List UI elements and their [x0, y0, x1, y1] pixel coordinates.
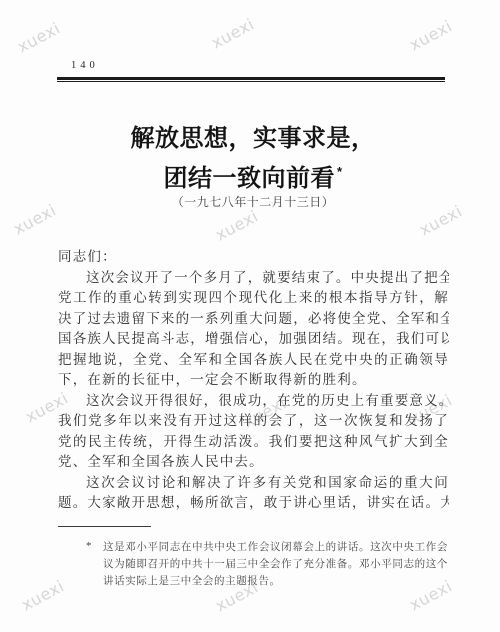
footnote-separator	[58, 526, 151, 527]
body-line: 党的民主传统，开得生动活泼。我们要把这种风气扩大到全	[58, 432, 449, 453]
book-page: xuexixuexixuexixuexixuexixuexixuexixuexi…	[0, 0, 500, 632]
watermark-text: xuexi	[212, 206, 261, 244]
body-line: 我们党多年以来没有开过这样的会了，这一次恢复和发扬了	[58, 411, 449, 432]
watermark-text: xuexi	[406, 16, 455, 54]
article-title: 解放思想，实事求是， 团结一致向前看*	[55, 122, 451, 195]
footnote-line: 议为随即召开的中共十一届三中全会作了充分准备。邓小平同志的这个	[103, 556, 448, 573]
body-line: 把握地说，全党、全军和全国各族人民在党中央的正确领导	[58, 350, 449, 371]
body-line: 决了过去遗留下来的一系列重大问题，必将使全党、全军和全	[58, 309, 449, 330]
body-line: 这次会议讨论和解决了许多有关党和国家命运的重大问	[58, 473, 449, 494]
body-line: 同志们：	[58, 247, 449, 268]
article-date: （一九七八年十二月十三日）	[55, 193, 451, 210]
body-line: 下，在新的长征中，一定会不断取得新的胜利。	[58, 370, 449, 391]
body-line: 党、全军和全国各族人民中去。	[58, 452, 449, 473]
footnote-line: 讲话实际上是三中全会的主题报告。	[103, 573, 448, 590]
body-line: 国各族人民提高斗志，增强信心，加强团结。现在，我们可以有	[58, 329, 449, 350]
header-rule-bottom	[57, 81, 445, 82]
title-footnote-marker: *	[337, 164, 343, 179]
body-line: 这次会议开得很好，很成功，在党的历史上有重要意义。	[58, 391, 449, 412]
watermark-text: xuexi	[208, 14, 257, 52]
body-line: 党工作的重心转到实现四个现代化上来的根本指导方针，解	[58, 288, 449, 309]
article-title-line2: 团结一致向前看*	[55, 155, 451, 195]
watermark-text: xuexi	[18, 576, 67, 614]
body-line: 题。大家敞开思想，畅所欲言，敢于讲心里话，讲实在话。大家	[58, 493, 449, 514]
body-line: 这次会议开了一个多月了，就要结束了。中央提出了把全	[58, 268, 449, 289]
article-title-line1: 解放思想，实事求是，	[55, 122, 451, 155]
footnote-line: 这是邓小平同志在中共中央工作会议闭幕会上的讲话。这次中央工作会	[103, 539, 448, 556]
watermark-text: xuexi	[14, 18, 63, 56]
footnote-marker: *	[86, 540, 92, 552]
body-text: 同志们：这次会议开了一个多月了，就要结束了。中央提出了把全党工作的重心转到实现四…	[58, 247, 449, 514]
watermark-text: xuexi	[10, 200, 59, 238]
header-rule	[57, 77, 445, 82]
footnote-text: 这是邓小平同志在中共中央工作会议闭幕会上的讲话。这次中央工作会议为随即召开的中共…	[103, 539, 448, 590]
page-number: 140	[71, 60, 99, 71]
